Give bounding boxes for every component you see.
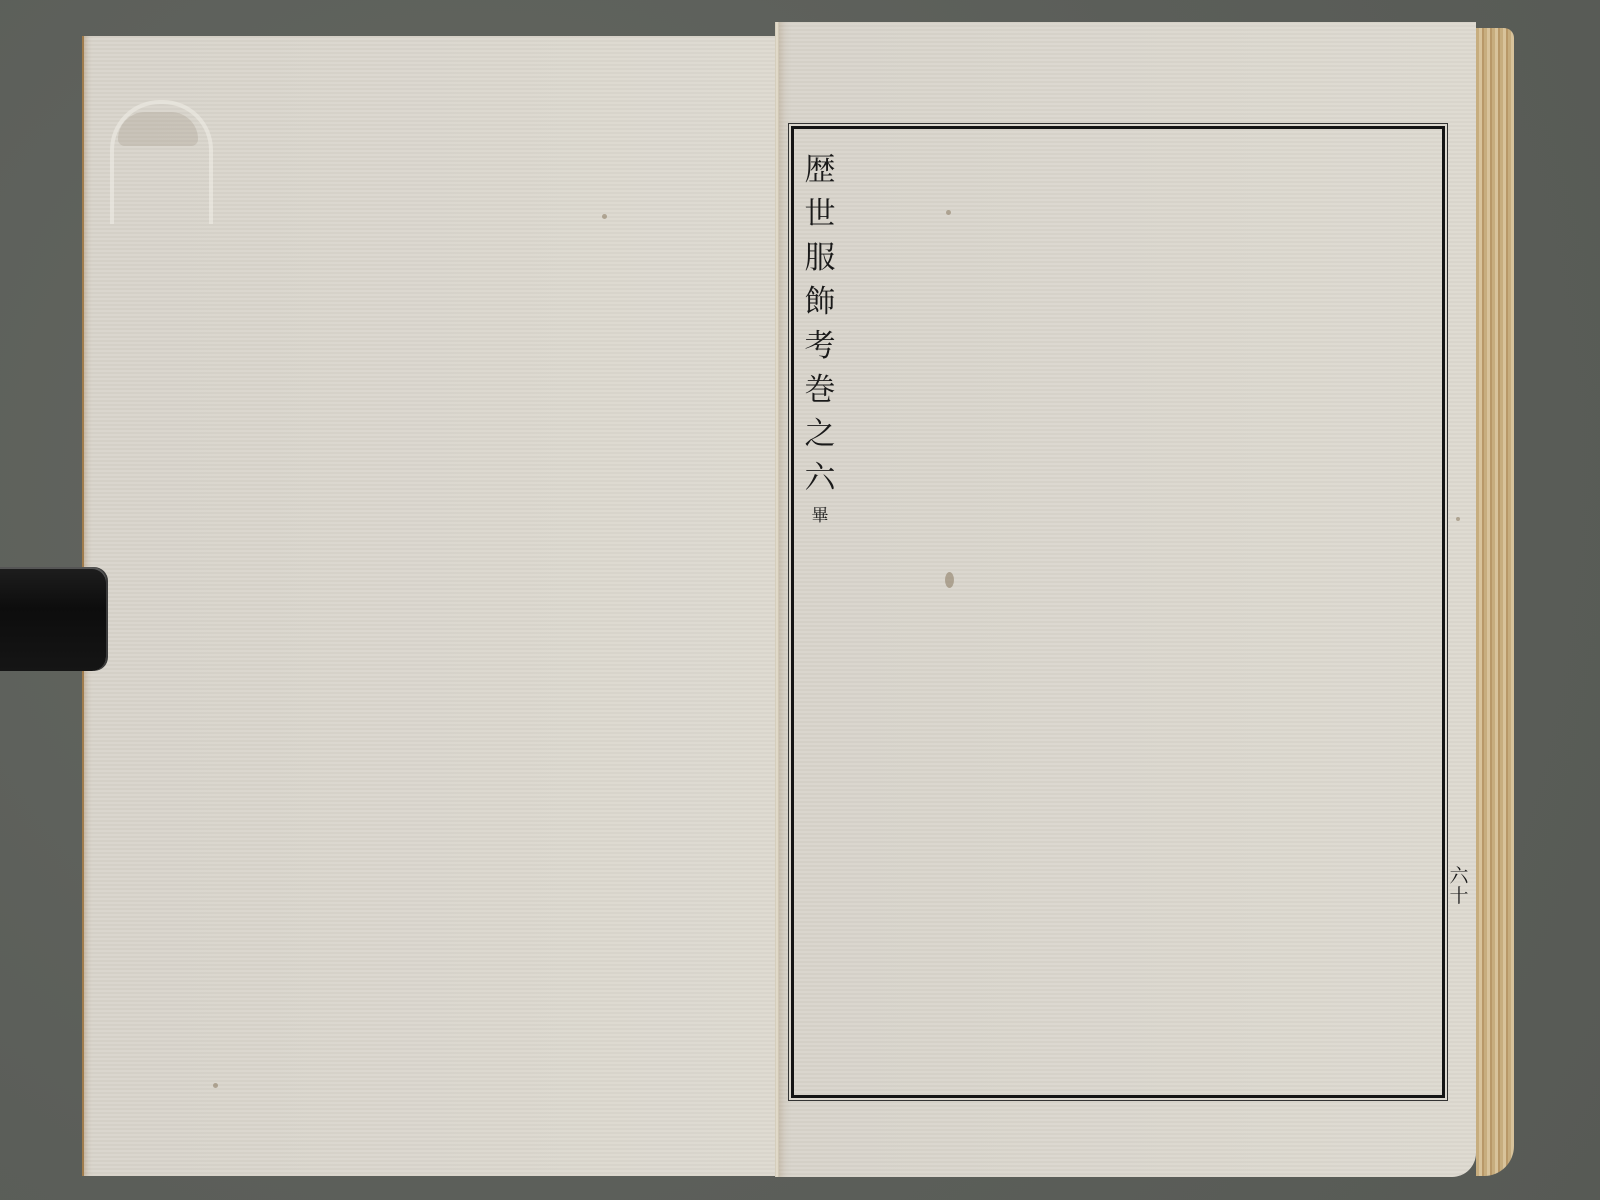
volume-title: 歴 世 服 飾 考 巻 之 六 畢 [800, 148, 840, 528]
page-number-char: 十 [1449, 886, 1468, 906]
title-char: 世 [805, 192, 836, 236]
title-char: 六 [805, 456, 836, 500]
paper-speck [946, 210, 951, 215]
water-stain-inner [118, 112, 198, 146]
paper-speck [602, 214, 607, 219]
text-frame-border [791, 126, 1445, 1098]
title-char: 考 [805, 324, 836, 368]
title-char: 巻 [805, 368, 836, 412]
title-char: 歴 [805, 148, 836, 192]
book-gutter [775, 22, 779, 1177]
end-mark: 畢 [812, 504, 829, 528]
page-fore-edge [1476, 28, 1514, 1176]
paper-speck [213, 1083, 218, 1088]
page-number: 六 十 [1446, 866, 1472, 906]
title-char: 之 [805, 412, 836, 456]
title-char: 飾 [805, 280, 836, 324]
paper-speck [1456, 517, 1460, 521]
page-number-char: 六 [1449, 866, 1468, 886]
black-binder-clip [0, 567, 106, 671]
paper-blemish [945, 572, 954, 588]
title-char: 服 [805, 236, 836, 280]
